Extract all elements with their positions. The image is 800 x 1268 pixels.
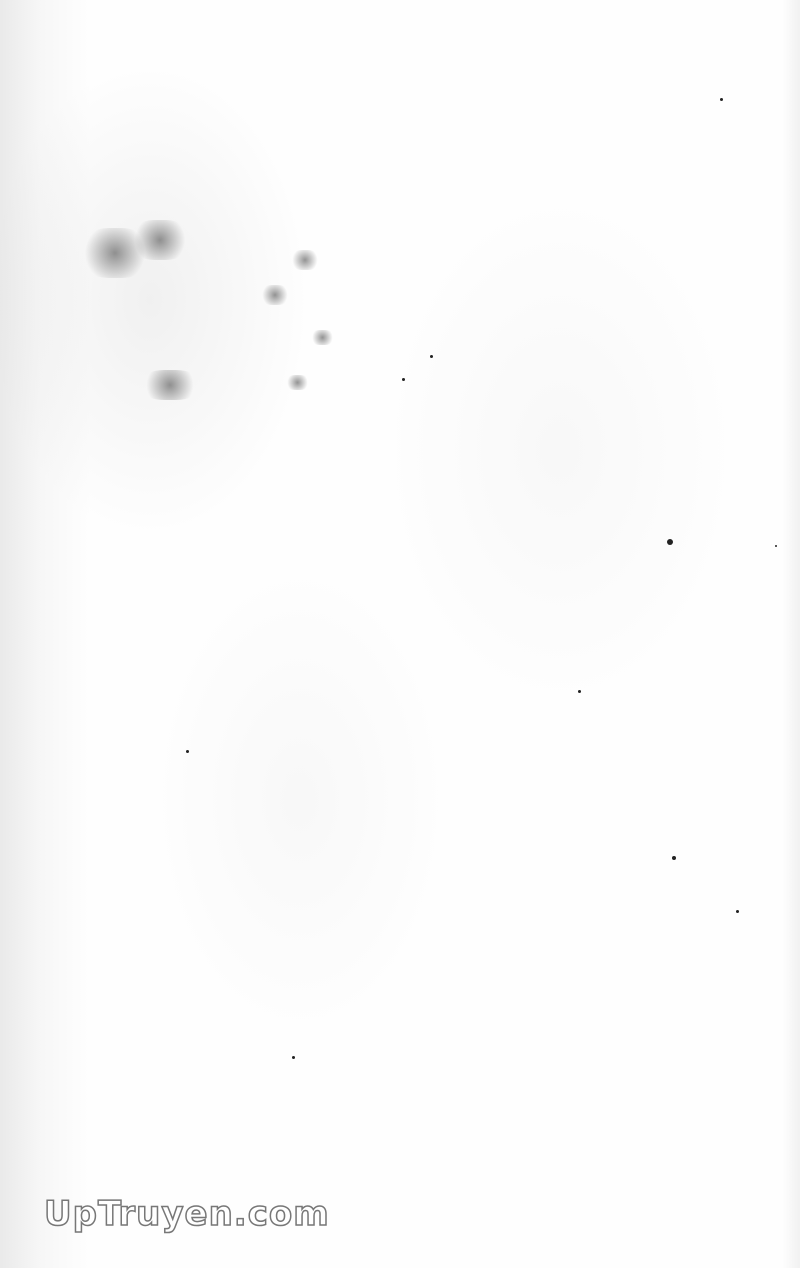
- dust-speck: [672, 856, 676, 860]
- scanned-page: UpTruyen.com: [0, 0, 800, 1268]
- dust-speck: [430, 355, 433, 358]
- dust-speck: [292, 1056, 295, 1059]
- watermark: UpTruyen.com: [44, 1194, 330, 1234]
- ink-smudge: [285, 375, 310, 390]
- dust-speck: [402, 378, 405, 381]
- ink-smudge: [260, 285, 290, 305]
- ink-smudge: [130, 220, 190, 260]
- dust-speck: [578, 690, 581, 693]
- dust-speck: [667, 539, 673, 545]
- dust-speck: [720, 98, 723, 101]
- dust-speck: [186, 750, 189, 753]
- dust-speck: [775, 545, 777, 547]
- dust-speck: [736, 910, 739, 913]
- ink-smudge: [140, 370, 200, 400]
- ink-smudge: [310, 330, 335, 345]
- ink-smudge: [290, 250, 320, 270]
- page-edge-shadow: [782, 0, 800, 1268]
